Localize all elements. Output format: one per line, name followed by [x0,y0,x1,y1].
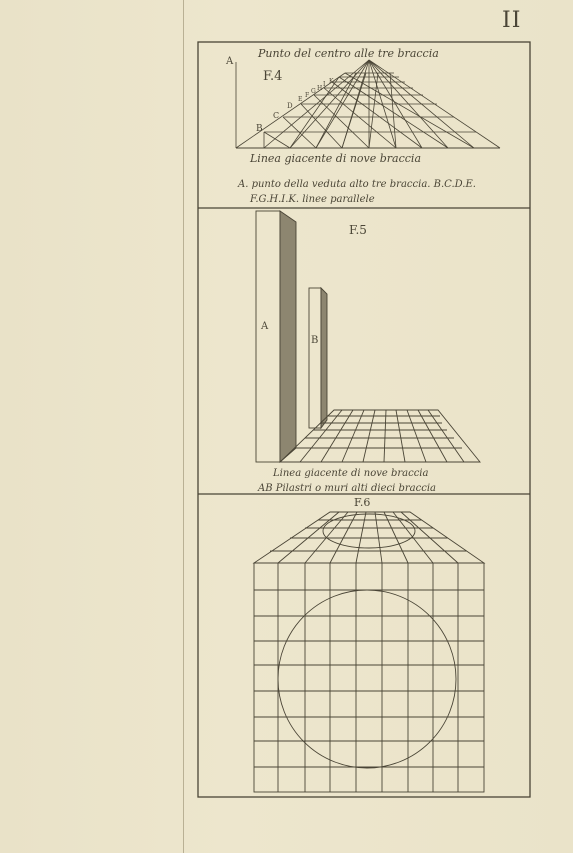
f4-point-f: F [305,92,309,99]
engraving-plate: A B C D E F G H I K F.4 Punto del centro… [0,0,573,853]
f4-point-e: E [298,96,302,103]
f4-point-k: K [329,78,334,85]
f4-legend-line2: F.G.H.I.K. linee parallele [249,194,375,205]
f6-figure-label: F.6 [354,496,370,509]
figure-5 [256,211,480,462]
f4-point-c: C [273,111,279,120]
f5-figure-label: F.5 [349,223,367,237]
f4-baseline-caption: Linea giacente di nove braccia [249,152,421,165]
f5-pillar-b-label: B [311,335,318,346]
f4-point-a: A [225,56,234,67]
f4-figure-label: F.4 [263,69,282,84]
f4-legend-line1: A. punto della veduta alto tre braccia. … [237,179,476,190]
figure-6 [254,512,484,792]
f4-point-h: H [317,85,322,92]
f4-point-b: B [256,124,263,134]
f4-title: Punto del centro alle tre braccia [257,47,439,60]
f5-legend: AB Pilastri o muri alti dieci braccia [257,483,436,494]
f5-pillar-a-label: A [260,321,269,332]
f5-baseline-caption: Linea giacente di nove braccia [272,468,429,479]
f4-point-g: G [311,88,316,95]
f4-point-d: D [287,102,293,110]
f4-point-i: I [323,81,326,88]
